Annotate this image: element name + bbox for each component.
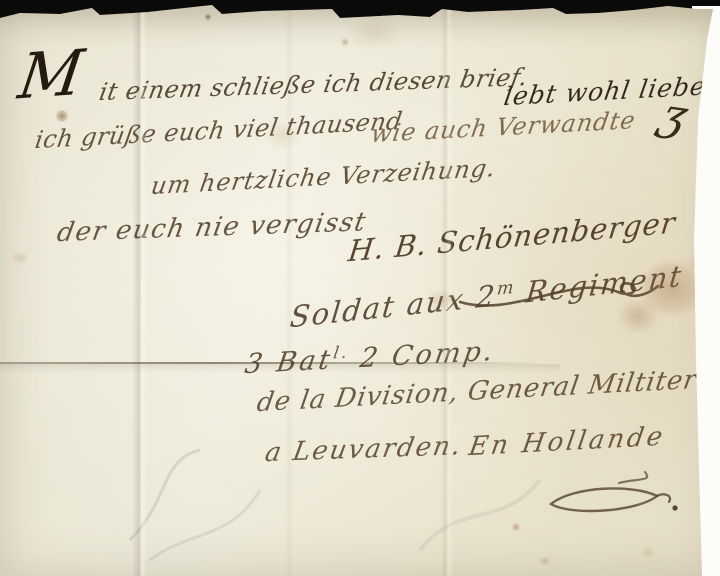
address-country: En Hollande xyxy=(468,422,666,462)
horizontal-fold-shadow xyxy=(0,364,560,373)
ghost-showthrough-strokes-2 xyxy=(400,460,560,570)
letter-paper-sheet: M it einem schließe ich diesen brief. le… xyxy=(0,0,720,576)
letter-line-4: der euch nie vergisst xyxy=(57,207,367,248)
terminal-paraph-flourish xyxy=(545,470,685,525)
address-battalion-line: 3 Batl. 2 Comp. xyxy=(244,335,496,380)
address-regiment-line: Soldat aux 2m Regiment xyxy=(288,259,684,334)
final-period-dot xyxy=(672,505,677,510)
ghost-showthrough-strokes xyxy=(110,420,290,570)
letter-line-3: um hertzliche Verzeihung. xyxy=(151,154,497,200)
letter-line-1: it einem schließe ich diesen brief. xyxy=(99,63,528,106)
scanned-letter-page: M it einem schließe ich diesen brief. le… xyxy=(0,0,720,576)
letter-line-2: ich grüße euch viel thausend xyxy=(35,107,403,154)
letter-line-2-end: wie auch Verwandte xyxy=(371,106,637,148)
signature: H. B. Schönenberger xyxy=(347,206,677,268)
drop-capital-M: M xyxy=(17,36,85,113)
